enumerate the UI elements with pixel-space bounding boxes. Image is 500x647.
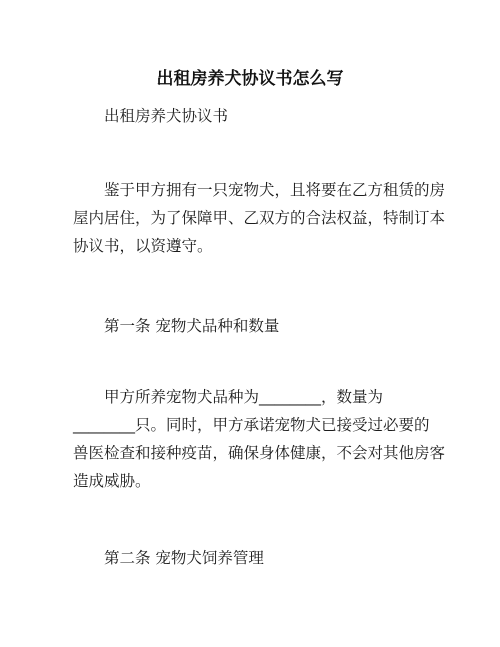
section-1-line-1: 甲方所养宠物犬品种为________，数量为	[104, 385, 383, 407]
intro-line-1: 鉴于甲方拥有一只宠物犬，且将要在乙方租赁的房	[104, 178, 445, 200]
section-1-line-4: 造成威胁。	[73, 469, 151, 491]
document-subtitle: 出租房养犬协议书	[104, 104, 228, 126]
document-title: 出租房养犬协议书怎么写	[0, 64, 500, 89]
section-1-heading: 第一条 宠物犬品种和数量	[104, 314, 279, 336]
document-page: 出租房养犬协议书怎么写 出租房养犬协议书 鉴于甲方拥有一只宠物犬，且将要在乙方租…	[0, 0, 500, 647]
section-2-heading: 第二条 宠物犬饲养管理	[104, 546, 264, 568]
intro-line-3: 协议书，以资遵守。	[73, 234, 213, 256]
section-1-line-2: ________只。同时，甲方承诺宠物犬已接受过必要的	[73, 413, 430, 435]
intro-line-2: 屋内居住，为了保障甲、乙双方的合法权益，特制订本	[73, 206, 445, 228]
section-1-line-3: 兽医检查和接种疫苗，确保身体健康，不会对其他房客	[73, 441, 445, 463]
